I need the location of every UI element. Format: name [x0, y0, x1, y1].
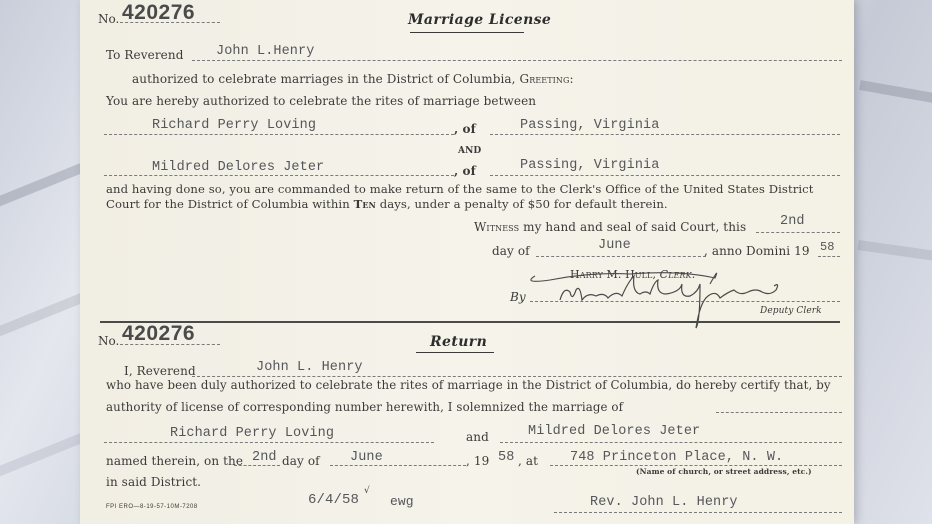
party2-residence-line — [490, 175, 840, 176]
return-at-label: , at — [518, 454, 538, 468]
anno-domini-label: , anno Domini 19 — [704, 244, 810, 258]
witness-label: Witness — [474, 220, 519, 234]
return-month-line — [330, 465, 466, 466]
witness-year: 58 — [820, 240, 835, 254]
license-number-label: No. — [98, 12, 119, 26]
in-said-district: in said District. — [106, 475, 201, 489]
return-text-3-line — [716, 412, 842, 413]
return-title: Return — [430, 334, 487, 350]
party1-residence: Passing, Virginia — [520, 118, 659, 133]
return-reverend-label: I, Reverend — [124, 364, 196, 378]
return-party1: Richard Perry Loving — [170, 426, 334, 441]
form-code: FPI ERO—8-19-57-10M-7208 — [106, 504, 198, 510]
witness-day: 2nd — [780, 214, 805, 229]
witness-month: June — [598, 238, 631, 253]
return-year: 58 — [498, 450, 514, 465]
witness-month-line — [536, 256, 706, 257]
by-label: By — [510, 290, 526, 304]
command-text-2a: Court for the District of Columbia withi… — [106, 197, 350, 211]
authorized-text: authorized to celebrate marriages in the… — [132, 72, 574, 86]
party1-name: Richard Perry Loving — [152, 118, 316, 133]
background-streak — [859, 80, 932, 104]
party2-of-label: , of — [454, 164, 476, 178]
license-number: 420276 — [122, 1, 195, 25]
title-underline — [410, 32, 524, 33]
return-officiant-name: John L. Henry — [256, 360, 363, 375]
return-party1-line — [104, 442, 434, 443]
and-label: AND — [458, 146, 481, 156]
officiant-line — [192, 60, 842, 61]
return-day-line — [234, 465, 280, 466]
command-text-2: Court for the District of Columbia withi… — [106, 197, 668, 211]
witness-text: Witness my hand and seal of said Court, … — [474, 220, 746, 234]
location-caption: (Name of church, or street address, etc.… — [636, 467, 812, 476]
return-and-label: and — [466, 430, 489, 444]
return-location: 748 Princeton Place, N. W. — [570, 450, 783, 465]
return-officiant-line — [192, 376, 842, 377]
return-signature: Rev. John L. Henry — [590, 495, 738, 510]
witness-day-line — [756, 232, 840, 233]
return-year-label: , 19 — [466, 454, 489, 468]
return-signature-line — [554, 512, 842, 513]
party2-residence: Passing, Virginia — [520, 158, 659, 173]
party1-residence-line — [490, 134, 840, 135]
filed-note-date: 6/4/58 — [308, 492, 359, 508]
command-text-1: and having done so, you are commanded to… — [106, 182, 814, 196]
witness-rest: my hand and seal of said Court, this — [523, 220, 746, 234]
return-number-label: No. — [98, 334, 119, 348]
officiant-name: John L.Henry — [216, 44, 314, 59]
command-text-2b: days, under a penalty of $50 for default… — [380, 197, 668, 211]
section-divider — [100, 321, 840, 323]
return-party2: Mildred Delores Jeter — [528, 424, 700, 439]
authorized-line: authorized to celebrate marriages in the… — [132, 72, 516, 86]
initials: ewg — [390, 494, 414, 509]
return-text-3: authority of license of corresponding nu… — [106, 400, 623, 414]
return-number: 420276 — [122, 322, 195, 346]
marriage-license-document: No. 420276 Marriage License To Reverend … — [80, 0, 854, 524]
party2-name: Mildred Delores Jeter — [152, 160, 324, 175]
party1-of-label: , of — [454, 122, 476, 136]
party1-name-line — [104, 134, 454, 135]
return-text-2: who have been duly authorized to celebra… — [106, 378, 831, 392]
return-day: 2nd — [252, 450, 277, 465]
return-month: June — [350, 450, 383, 465]
return-party2-line — [500, 442, 842, 443]
party2-name-line — [104, 175, 454, 176]
background-streak — [857, 240, 932, 261]
witness-year-line — [818, 256, 840, 257]
deputy-clerk-label: Deputy Clerk — [760, 306, 822, 316]
return-location-line — [550, 465, 842, 466]
named-therein-label: named therein, on the — [106, 454, 243, 468]
to-reverend-label: To Reverend — [106, 48, 183, 62]
check-mark: √ — [364, 486, 370, 496]
day-of-label: day of — [492, 244, 530, 258]
document-title: Marriage License — [408, 12, 551, 28]
return-day-of-label: day of — [282, 454, 320, 468]
return-title-underline — [416, 352, 494, 353]
greeting: Greeting: — [520, 72, 574, 86]
ten-days: Ten — [354, 197, 376, 211]
hereby-text: You are hereby authorized to celebrate t… — [106, 94, 536, 108]
